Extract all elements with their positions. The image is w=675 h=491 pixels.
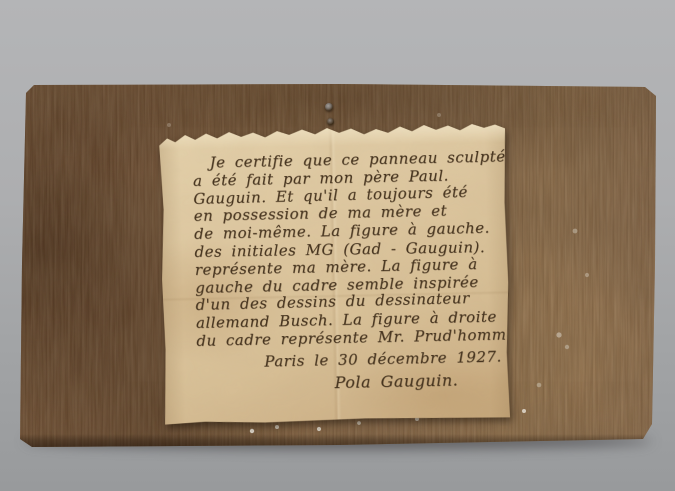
note-paper: Je certifie que ce panneau sculpté a été…	[159, 122, 511, 424]
handwritten-text: Je certifie que ce panneau sculpté a été…	[159, 122, 510, 395]
note-line-11: du cadre représente Mr. Prud'homme.	[196, 326, 509, 350]
photo-scene: Je certifie que ce panneau sculpté a été…	[0, 0, 675, 491]
nail-head-upper	[325, 103, 333, 111]
nail-head-lower	[327, 118, 334, 125]
note-date-line: Paris le 30 décembre 1927.	[164, 348, 510, 373]
certificate-note: Je certifie que ce panneau sculpté a été…	[159, 122, 511, 424]
